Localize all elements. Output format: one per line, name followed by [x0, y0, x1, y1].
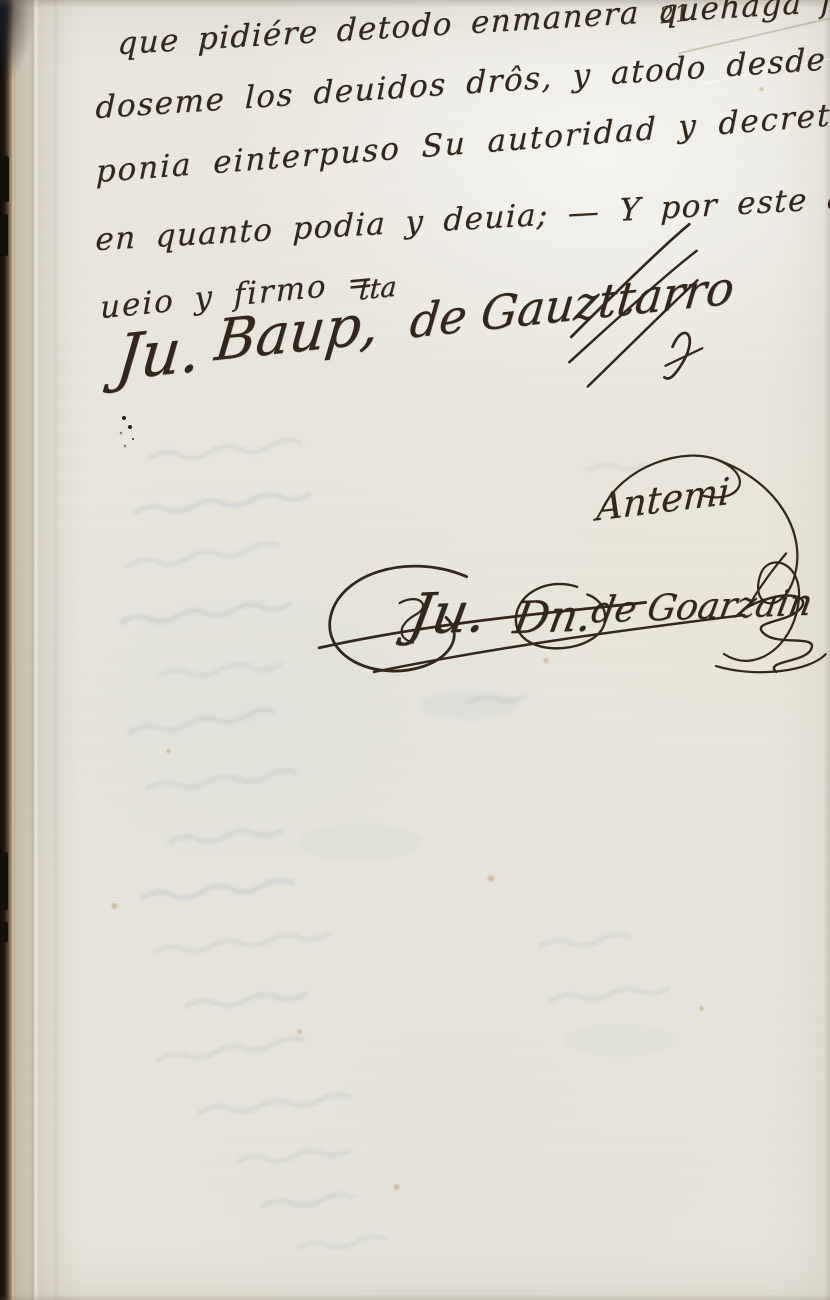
signature-notary-prefix: Ju. — [404, 580, 492, 648]
manuscript-page-scan: 21 que pidiére detodo enmanera quehaga f… — [0, 0, 830, 1300]
foxing-spot — [165, 748, 172, 754]
signature-grantor-middle: Baup, — [212, 291, 382, 374]
foxing-spot — [698, 1005, 705, 1012]
signature-rubric-flourish — [549, 210, 716, 395]
foxing-spot — [758, 86, 765, 92]
ink-splatter — [122, 416, 126, 420]
foxing-spot — [392, 1183, 401, 1191]
signature-notary: Ju. Dn. de Goarzain — [314, 542, 830, 702]
signature-notary-suffix: de Goarzain — [588, 583, 815, 632]
foxing-spot — [486, 874, 496, 883]
signature-grantor-superscript: tta — [358, 271, 398, 306]
foxing-spot — [110, 902, 119, 910]
foxing-spot — [296, 1028, 303, 1035]
signature-grantor-prefix: Ju. — [113, 312, 205, 395]
signature-notary-middle: Dn. — [510, 590, 597, 644]
